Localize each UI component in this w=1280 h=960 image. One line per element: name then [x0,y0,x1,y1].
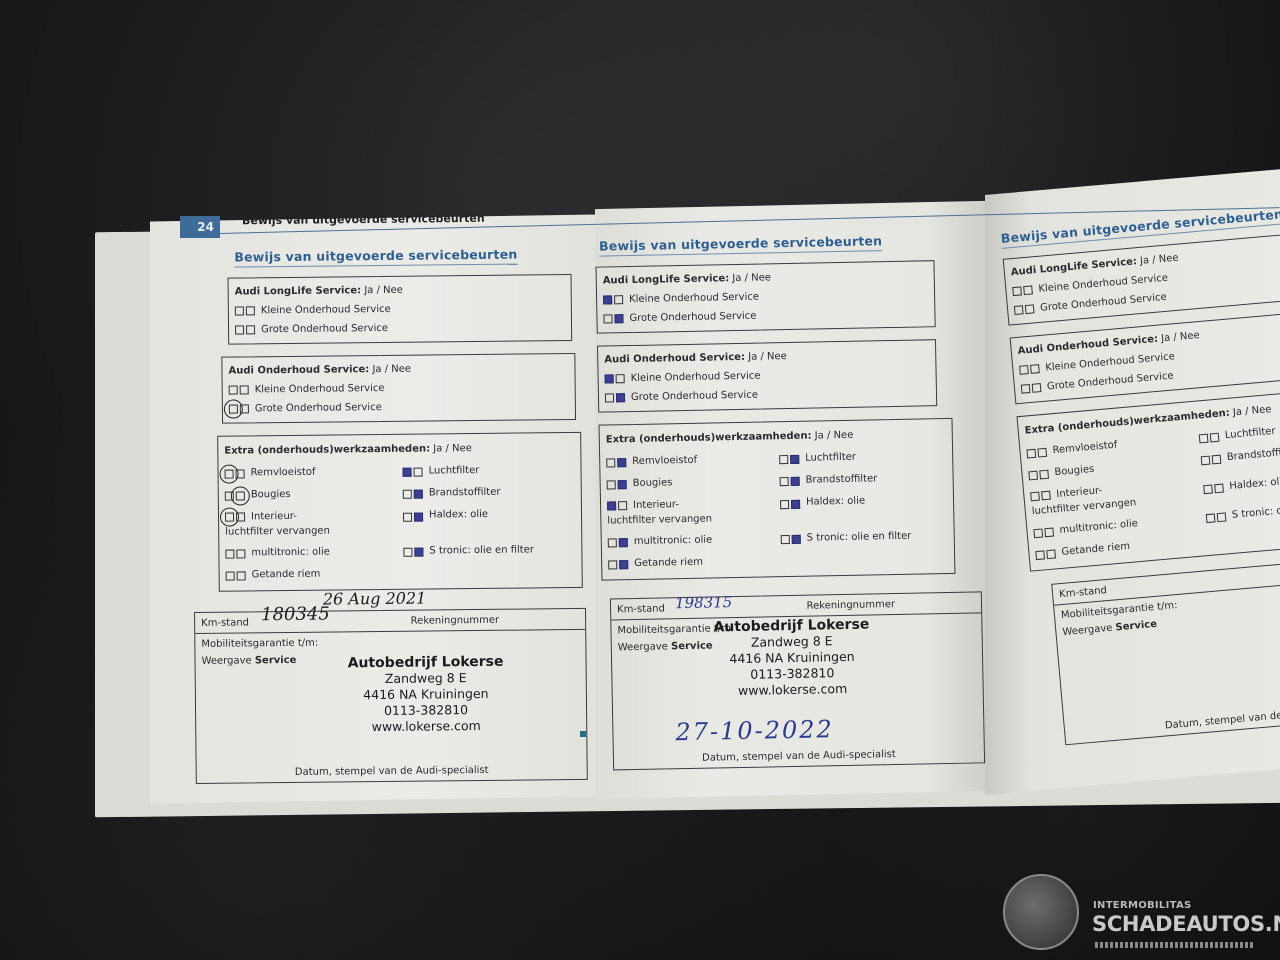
checkbox-checked[interactable] [617,458,626,467]
checkbox[interactable] [605,393,614,402]
running-header: Bewijs van uitgevoerde servicebeurten [242,212,485,228]
section-title: Bewijs van uitgevoerde servicebeurten [599,233,882,256]
checkbox[interactable] [1021,384,1031,394]
grote-label: Grote Onderhoud Service [629,307,756,328]
checkbox[interactable] [1199,433,1209,443]
longlife-box: Audi LongLife Service: Ja / Nee Kleine O… [595,260,935,333]
ja-nee: Ja / Nee [364,281,403,300]
extra-box: Extra (onderhouds)werkzaamheden: Ja / Ne… [599,418,956,581]
checkbox[interactable] [1023,285,1033,295]
dealer-name: Autobedrijf Lokerse [325,654,525,672]
checkbox[interactable] [403,513,412,522]
checkbox[interactable] [1026,448,1036,458]
bougies-label: Bougies [251,484,291,506]
page-number-tab: 24 [180,216,220,238]
rekeningnummer-label: Rekeningnummer [411,614,500,626]
remvloeistof-label: Remvloeistof [250,462,315,485]
checkbox-checked[interactable] [605,374,614,383]
haldex-label: Haldex: olie [429,504,488,527]
checkbox[interactable] [246,325,255,334]
dealer-web: www.lokerse.com [693,680,893,700]
checkbox[interactable] [614,295,623,304]
onderhoud-box: Audi Onderhoud Service: Ja / Nee Kleine … [221,353,576,424]
checkbox[interactable] [229,386,238,395]
handwritten-date: 27-10-2022 [675,715,834,746]
luchtfilter-label: Luchtfilter [805,447,856,470]
watermark-pattern [1095,942,1255,948]
weergave-label: Weergave [1062,623,1113,638]
checkbox-checked[interactable] [790,454,799,463]
kleine-label: Kleine Onderhoud Service [629,288,759,309]
checkbox-circled[interactable] [236,491,245,500]
checkbox[interactable] [1012,286,1022,296]
dealer-stamp: Autobedrijf Lokerse Zandweg 8 E 4416 NA … [325,654,526,736]
ja-nee: Ja / Nee [372,360,411,379]
checkbox[interactable] [779,455,788,464]
longlife-label: Audi LongLife Service: [603,269,730,290]
checkbox[interactable] [780,500,789,509]
checkbox-checked[interactable] [791,476,800,485]
bougies-label: Bougies [632,472,672,495]
checkbox[interactable] [1210,432,1220,442]
globe-icon [1003,874,1079,950]
page-marker [580,731,586,737]
checkbox[interactable] [1035,550,1045,560]
multitronic-label: multitronic: olie [634,530,713,554]
service-record-3: Bewijs van uitgevoerde servicebeurten Au… [1000,199,1280,747]
checkbox[interactable] [1030,492,1040,502]
handwritten-km: 180345 [261,604,330,626]
checkbox[interactable] [1044,527,1054,537]
checkbox-checked[interactable] [619,560,628,569]
km-stand-label: Km-stand [617,603,665,615]
checkbox[interactable] [414,467,423,476]
checkbox[interactable] [1214,483,1224,493]
watermark-small-text: INTERMOBILITAS [1093,900,1192,911]
checkbox[interactable] [1046,549,1056,559]
ja-nee: Ja / Nee [732,268,771,288]
multitronic-label: multitronic: olie [251,542,330,565]
kleine-label: Kleine Onderhoud Service [255,379,385,399]
interieur-label: Interieur- [251,509,297,524]
checkbox[interactable] [781,535,790,544]
haldex-label: Haldex: olie [1228,471,1280,498]
checkbox[interactable] [403,489,412,498]
stamp-box: Km-standRekeningnummer Mobiliteitsgarant… [194,608,588,784]
checkbox[interactable] [237,571,246,580]
checkbox[interactable] [1030,364,1040,374]
grote-label: Grote Onderhoud Service [255,398,382,418]
checkbox[interactable] [403,547,412,556]
extra-box: Extra (onderhouds)werkzaamheden: Ja / Ne… [217,432,583,592]
checkbox[interactable] [1019,365,1029,375]
service-label: Service [1115,619,1157,634]
km-stand-label: Km-stand [1059,585,1108,600]
checkbox-checked[interactable] [618,480,627,489]
checkbox[interactable] [1039,469,1049,479]
checkbox[interactable] [235,306,244,315]
dealer-stamp: Autobedrijf Lokerse Zandweg 8 E 4416 NA … [691,616,892,700]
checkbox[interactable] [236,512,245,521]
checkbox[interactable] [607,480,616,489]
getande-label: Getande riem [252,564,321,587]
interieur-label-2: luchtfilter vervangen [225,523,397,540]
interieur-label-2: luchtfilter vervangen [607,510,774,528]
datum-stempel-label: Datum, stempel van de Audi-specialist [1165,700,1280,731]
brandstoffilter-label: Brandstoffilter [805,468,877,491]
ja-nee: Ja / Nee [1160,326,1200,348]
km-stand-label: Km-stand [201,617,249,629]
haldex-label: Haldex: olie [806,491,865,514]
checkbox[interactable] [1212,454,1222,464]
checkbox[interactable] [236,469,245,478]
getande-label: Getande riem [1061,536,1131,564]
kleine-label: Kleine Onderhoud Service [261,300,391,320]
onderhoud-box: Audi Onderhoud Service: Ja / Nee Kleine … [1010,308,1280,404]
section-title: Bewijs van uitgevoerde servicebeurten [234,247,517,268]
brandstoffilter-label: Brandstoffilter [429,482,501,505]
stamp-box: Km-standRekeningnummer Mobiliteitsgarant… [1051,555,1280,745]
checkbox-checked[interactable] [791,500,800,509]
ja-nee: Ja / Nee [815,425,854,448]
longlife-box: Audi LongLife Service: Ja / Nee Kleine O… [228,274,573,345]
checkbox[interactable] [240,404,249,413]
checkbox[interactable] [235,325,244,334]
checkbox-checked[interactable] [603,295,612,304]
longlife-label: Audi LongLife Service: [235,281,362,301]
checkbox[interactable] [226,571,235,580]
checkbox[interactable] [608,538,617,547]
checkbox[interactable] [1033,528,1043,538]
checkbox[interactable] [606,458,615,467]
checkbox-checked[interactable] [614,314,623,323]
interieur-label: Interieur- [633,497,679,513]
checkbox[interactable] [1028,470,1038,480]
checkbox[interactable] [780,477,789,486]
getande-label: Getande riem [634,552,703,575]
weergave-label: Weergave [618,641,668,653]
checkbox[interactable] [1032,383,1042,393]
onderhoud-box: Audi Onderhoud Service: Ja / Nee Kleine … [597,339,937,412]
checkbox-circled[interactable] [225,513,234,522]
ja-nee: Ja / Nee [433,438,472,460]
checkbox-checked[interactable] [414,513,423,522]
checkbox[interactable] [240,385,249,394]
checkbox-checked[interactable] [403,467,412,476]
grote-label: Grote Onderhoud Service [631,386,758,407]
datum-stempel-label: Datum, stempel van de Audi-specialist [197,764,587,779]
rekeningnummer-label: Rekeningnummer [806,599,895,612]
checkbox[interactable] [1203,484,1213,494]
kleine-label: Kleine Onderhoud Service [630,367,760,388]
remvloeistof-label: Remvloeistof [632,450,697,473]
checkbox-circled[interactable] [229,405,238,414]
checkbox[interactable] [1041,491,1051,501]
checkbox-checked[interactable] [414,547,423,556]
service-label: Service [255,655,297,666]
checkbox[interactable] [1014,305,1024,315]
stronic-label: S tronic: olie en filter [807,526,912,550]
ja-nee: Ja / Nee [1139,249,1179,271]
checkbox-checked[interactable] [619,538,628,547]
weergave-label: Weergave [201,655,251,667]
extra-box: Extra (onderhouds)werkzaamheden: Ja / Ne… [1016,385,1280,571]
watermark-brand: SCHADEAUTOS.NL [1092,912,1280,936]
checkbox[interactable] [236,549,245,558]
checkbox[interactable] [1025,304,1035,314]
checkbox[interactable] [1217,512,1227,522]
luchtfilter-label: Luchtfilter [428,460,479,483]
checkbox-checked[interactable] [414,489,423,498]
checkbox-checked[interactable] [792,534,801,543]
grote-label: Grote Onderhoud Service [261,319,388,339]
checkbox[interactable] [1037,447,1047,457]
checkbox[interactable] [608,560,617,569]
checkbox[interactable] [616,374,625,383]
checkbox-circled[interactable] [225,469,234,478]
checkbox[interactable] [1201,455,1211,465]
dealer-web: www.lokerse.com [326,718,526,736]
checkbox[interactable] [1206,513,1216,523]
datum-stempel-label: Datum, stempel van de Audi-specialist [614,747,984,765]
handwritten-km: 198315 [675,593,733,612]
onderhoud-label: Audi Onderhoud Service: [228,360,369,380]
checkbox-checked[interactable] [616,393,625,402]
ja-nee: Ja / Nee [748,347,787,367]
handwritten-date: 26 Aug 2021 [323,589,427,609]
service-record-2: Bewijs van uitgevoerde servicebeurten Au… [595,228,985,770]
checkbox[interactable] [225,549,234,558]
extra-label: Extra (onderhouds)werkzaamheden: [224,438,430,462]
stronic-label: S tronic: olie en filter [429,539,534,562]
checkbox[interactable] [603,314,612,323]
watermark-logo: INTERMOBILITAS SCHADEAUTOS.NL [995,872,1280,957]
checkbox[interactable] [618,501,627,510]
service-record-1: Bewijs van uitgevoerde servicebeurten Au… [182,243,583,784]
stamp-box: Km-standRekeningnummer Mobiliteitsgarant… [610,591,985,770]
checkbox-checked[interactable] [607,501,616,510]
checkbox[interactable] [246,306,255,315]
